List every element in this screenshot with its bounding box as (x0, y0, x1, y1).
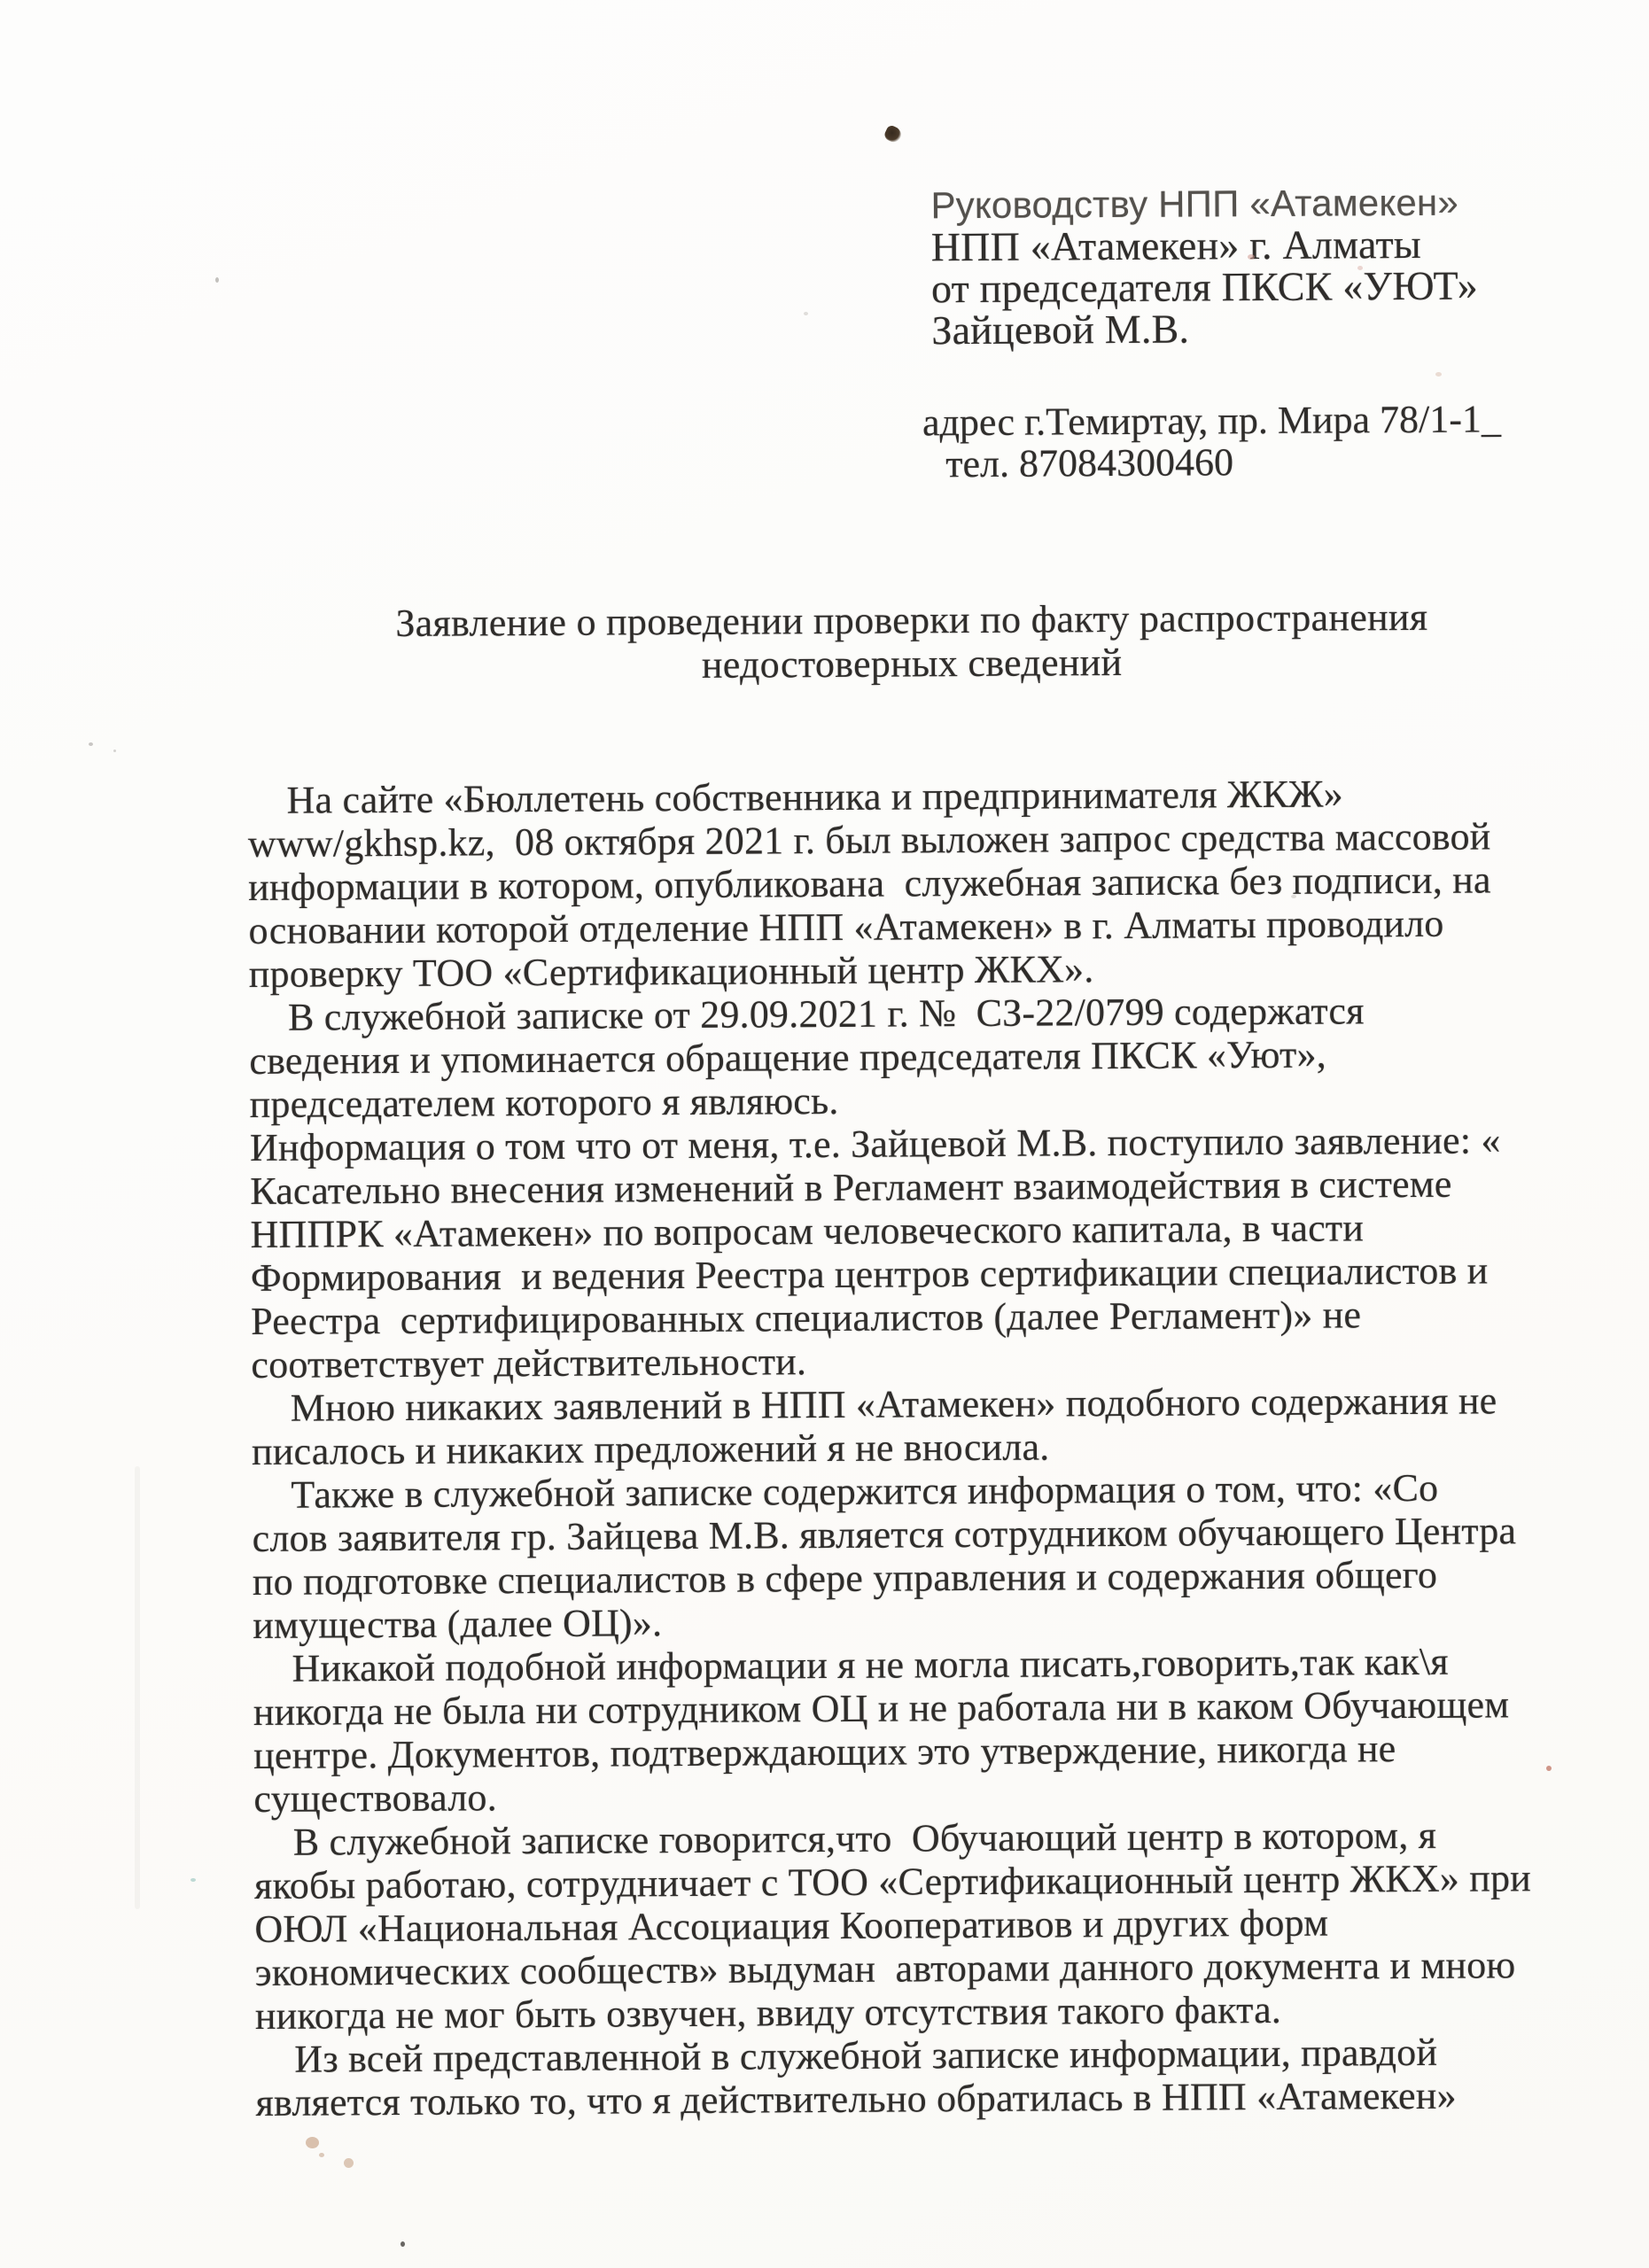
title-line: Заявление о проведении проверки по факту… (245, 594, 1578, 646)
recipient-line: от председателя ПКСК «УЮТ» (931, 265, 1478, 310)
scanned-document-page: Руководству НПП «Атамекен» НПП «Атамекен… (0, 0, 1649, 2268)
address-block: адрес г.Темиртау, пр. Мира 78/1-1_ тел. … (922, 398, 1502, 485)
body-line: по подготовке специалистов в сфере управ… (253, 1552, 1599, 1604)
scan-speck (89, 742, 93, 746)
recipient-line: Руководству НПП «Атамекен» (930, 182, 1477, 227)
phone-line: тел. 87084300460 (922, 439, 1501, 485)
scan-speck (1546, 1766, 1552, 1771)
body-line: якобы работаю, сотрудничает с ТОО «Серти… (254, 1856, 1601, 1907)
body-line: является только то, что я действительно … (255, 2073, 1602, 2124)
scan-speck (319, 2153, 324, 2157)
body-line: основании которой отделение НПП «Атамеке… (248, 901, 1595, 952)
body-line: никогда не была ни сотрудником ОЦ и не р… (253, 1682, 1600, 1734)
body-line: экономических сообществ» выдуман авторам… (255, 1943, 1602, 1994)
scan-speck (804, 312, 808, 315)
recipient-line: Зайцевой М.В. (931, 307, 1478, 352)
scan-speck (113, 750, 116, 752)
body-line: Касательно внесения изменений в Регламен… (250, 1161, 1597, 1213)
scan-speck (306, 2137, 319, 2148)
body-line: Мною никаких заявлений в НПП «Атамекен» … (252, 1379, 1598, 1430)
scan-speck (1291, 895, 1296, 898)
scan-speck (344, 2158, 354, 2168)
recipient-block: Руководству НПП «Атамекен» НПП «Атамекен… (930, 182, 1478, 352)
scan-smudge (135, 1466, 140, 1909)
scan-speck (191, 1878, 196, 1882)
document-title: Заявление о проведении проверки по факту… (245, 594, 1579, 689)
scan-speck (1435, 372, 1442, 377)
address-line: адрес г.Темиртау, пр. Мира 78/1-1_ (922, 398, 1501, 443)
scan-speck (1357, 266, 1363, 270)
document-body: На сайте «Бюллетень собственника и предп… (247, 771, 1602, 2124)
title-line: недостоверных сведений (245, 638, 1579, 689)
scan-speck (215, 277, 219, 283)
scan-speck (1248, 254, 1255, 260)
body-line: Формирования и ведения Реестра центров с… (251, 1248, 1598, 1300)
document-content: Руководству НПП «Атамекен» НПП «Атамекен… (0, 0, 1649, 2268)
recipient-line: НПП «Атамекен» г. Алматы (931, 223, 1478, 268)
scan-speck (401, 2241, 405, 2247)
